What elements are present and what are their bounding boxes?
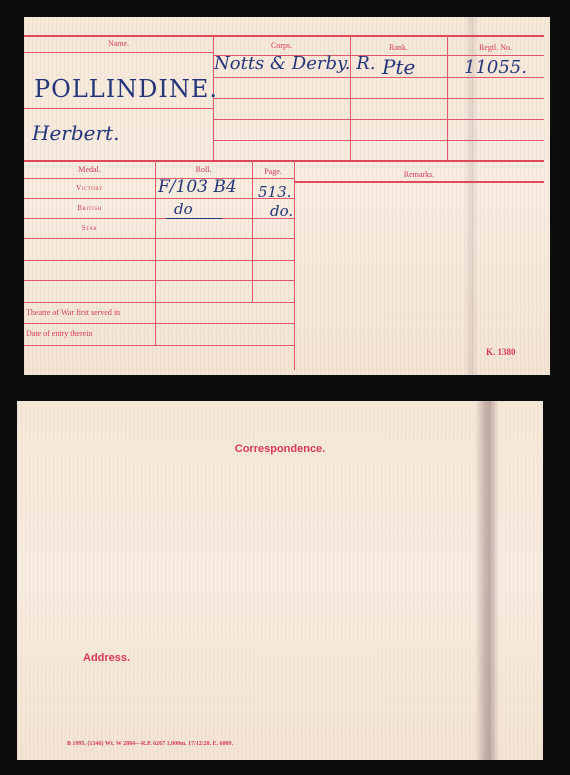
british-page-entry: do.: [270, 202, 293, 220]
date-of-entry-label: Date of entry therein: [26, 329, 156, 338]
surname-entry: POLLINDINE.: [34, 75, 218, 103]
rank-header: Rank.: [350, 43, 447, 52]
regtl-no-entry: 11055.: [464, 57, 527, 78]
regtl-no-header: Regtl. No.: [447, 43, 544, 52]
medal-star: Star: [24, 224, 155, 232]
rule: [24, 260, 294, 261]
victory-roll-entry: F/103 B4: [158, 177, 237, 197]
rule: [213, 140, 544, 141]
rule: [24, 302, 294, 303]
medal-british: British: [24, 204, 155, 212]
rule: [24, 35, 544, 37]
medal-card-front: Name. Corps. Rank. Regtl. No. POLLINDINE…: [24, 17, 550, 375]
rule: [155, 160, 156, 345]
page-header: Page.: [252, 167, 294, 176]
address-label: Address.: [83, 652, 130, 664]
rule: [24, 345, 294, 346]
rule: [24, 198, 294, 199]
rule: [24, 108, 213, 109]
rule: [252, 160, 253, 302]
victory-page-entry: 513.: [258, 183, 291, 201]
rule: [24, 218, 294, 219]
rank-entry: Pte: [382, 55, 415, 79]
name-header: Name.: [24, 39, 213, 48]
rule: [294, 181, 544, 183]
corps-header: Corps.: [213, 41, 350, 50]
medal-victory: Victory: [24, 184, 155, 192]
medal-header: Medal.: [24, 165, 155, 174]
theatre-of-war-label: Theatre of War first served in: [26, 308, 156, 317]
printer-imprint: B 1995. (1346) Wt. W 2884—R.P. 6267 1,00…: [67, 741, 233, 747]
medal-card-back: Correspondence. Address. B 1995. (1346) …: [17, 401, 543, 760]
rule: [447, 35, 448, 160]
rule: [294, 160, 295, 370]
british-roll-entry: do: [166, 200, 222, 219]
roll-header: Roll.: [155, 165, 252, 174]
correspondence-label: Correspondence.: [17, 443, 543, 455]
rule: [213, 119, 544, 120]
rule: [24, 323, 294, 324]
rule: [213, 98, 544, 99]
rule: [24, 160, 544, 162]
forename-entry: Herbert.: [32, 121, 119, 145]
remarks-header: Remarks.: [294, 170, 544, 179]
rule: [24, 52, 213, 53]
form-number: K. 1380: [486, 347, 516, 357]
corps-entry: Notts & Derby. R.: [214, 53, 375, 74]
rule: [24, 238, 294, 239]
rule: [24, 280, 294, 281]
